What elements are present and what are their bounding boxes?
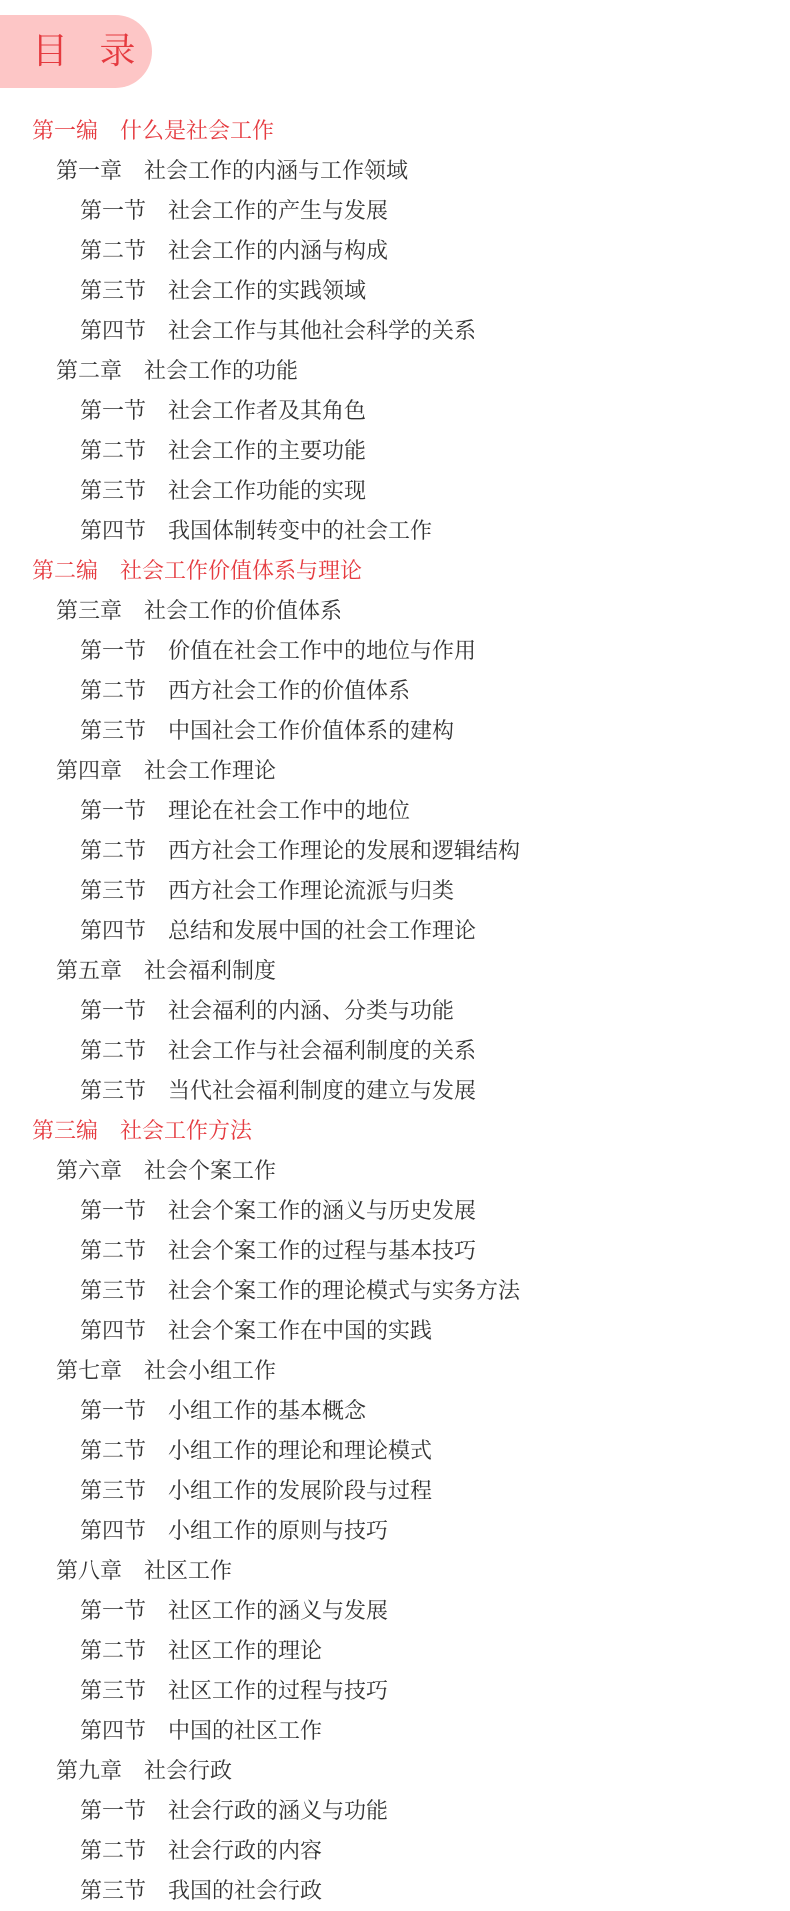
- toc-section-entry[interactable]: 第一节理论在社会工作中的地位: [0, 792, 790, 832]
- toc-entry-number: 第四节: [80, 312, 146, 352]
- toc-entry-title: 社会个案工作的理论模式与实务方法: [168, 1279, 520, 1304]
- page-title: 目 录: [32, 15, 145, 88]
- toc-entry-number: 第一节: [80, 192, 146, 232]
- toc-entry-number: 第七章: [56, 1352, 122, 1392]
- toc-entry-title: 社会工作的产生与发展: [168, 199, 388, 224]
- toc-entry-title: 社会工作的内涵与工作领域: [144, 159, 408, 184]
- toc-section-entry[interactable]: 第一节社会福利的内涵、分类与功能: [0, 992, 790, 1032]
- toc-entry-number: 第一节: [80, 632, 146, 672]
- toc-entry-number: 第二编: [32, 552, 98, 592]
- toc-section-entry[interactable]: 第三节社会个案工作的理论模式与实务方法: [0, 1272, 790, 1312]
- toc-entry-title: 小组工作的发展阶段与过程: [168, 1479, 432, 1504]
- toc-section-entry[interactable]: 第二节社区工作的理论: [0, 1632, 790, 1672]
- toc-section-entry[interactable]: 第一节社区工作的涵义与发展: [0, 1592, 790, 1632]
- toc-entry-title: 社会福利的内涵、分类与功能: [168, 999, 454, 1024]
- toc-entry-title: 社会工作方法: [120, 1119, 252, 1144]
- toc-entry-number: 第一节: [80, 1392, 146, 1432]
- toc-entry-number: 第二节: [80, 1232, 146, 1272]
- toc-entry-number: 第三编: [32, 1112, 98, 1152]
- toc-entry-number: 第一节: [80, 1792, 146, 1832]
- toc-section-entry[interactable]: 第三节当代社会福利制度的建立与发展: [0, 1072, 790, 1112]
- toc-entry-number: 第一节: [80, 992, 146, 1032]
- toc-entry-number: 第八章: [56, 1552, 122, 1592]
- toc-entry-title: 什么是社会工作: [120, 119, 274, 144]
- toc-entry-number: 第四章: [56, 752, 122, 792]
- toc-entry-number: 第二节: [80, 1432, 146, 1472]
- toc-section-entry[interactable]: 第四节小组工作的原则与技巧: [0, 1512, 790, 1552]
- toc-chapter-entry[interactable]: 第九章社会行政: [0, 1752, 790, 1792]
- toc-section-entry[interactable]: 第三节社区工作的过程与技巧: [0, 1672, 790, 1712]
- toc-entry-title: 当代社会福利制度的建立与发展: [168, 1079, 476, 1104]
- toc-section-entry[interactable]: 第四节社会工作与其他社会科学的关系: [0, 312, 790, 352]
- toc-entry-number: 第一节: [80, 1192, 146, 1232]
- toc-entry-number: 第二节: [80, 672, 146, 712]
- toc-entry-title: 社会行政: [144, 1759, 232, 1784]
- toc-entry-title: 社会工作与其他社会科学的关系: [168, 319, 476, 344]
- toc-chapter-entry[interactable]: 第七章社会小组工作: [0, 1352, 790, 1392]
- toc-section-entry[interactable]: 第四节我国体制转变中的社会工作: [0, 512, 790, 552]
- toc-entry-title: 社会工作价值体系与理论: [120, 559, 362, 584]
- toc-entry-number: 第三节: [80, 872, 146, 912]
- toc-entry-number: 第三节: [80, 472, 146, 512]
- toc-entry-title: 社会个案工作在中国的实践: [168, 1319, 432, 1344]
- toc-entry-title: 社会工作者及其角色: [168, 399, 366, 424]
- toc-section-entry[interactable]: 第一节小组工作的基本概念: [0, 1392, 790, 1432]
- toc-entry-title: 总结和发展中国的社会工作理论: [168, 919, 476, 944]
- toc-entry-title: 社会小组工作: [144, 1359, 276, 1384]
- toc-chapter-entry[interactable]: 第六章社会个案工作: [0, 1152, 790, 1192]
- toc-section-entry[interactable]: 第一节社会工作者及其角色: [0, 392, 790, 432]
- toc-section-entry[interactable]: 第三节我国的社会行政: [0, 1872, 790, 1911]
- toc-entry-title: 社区工作的涵义与发展: [168, 1599, 388, 1624]
- toc-entry-number: 第二节: [80, 1832, 146, 1872]
- toc-section-entry[interactable]: 第一节价值在社会工作中的地位与作用: [0, 632, 790, 672]
- toc-entry-number: 第一节: [80, 792, 146, 832]
- toc-entry-number: 第一编: [32, 112, 98, 152]
- toc-entry-number: 第四节: [80, 1512, 146, 1552]
- toc-entry-title: 社会工作的主要功能: [168, 439, 366, 464]
- toc-entry-title: 社会工作理论: [144, 759, 276, 784]
- toc-part-entry[interactable]: 第二编社会工作价值体系与理论: [0, 552, 790, 592]
- toc-entry-number: 第三节: [80, 1872, 146, 1911]
- toc-entry-title: 社会工作的价值体系: [144, 599, 342, 624]
- toc-chapter-entry[interactable]: 第一章社会工作的内涵与工作领域: [0, 152, 790, 192]
- toc-entry-number: 第四节: [80, 512, 146, 552]
- toc-section-entry[interactable]: 第四节总结和发展中国的社会工作理论: [0, 912, 790, 952]
- toc-entry-title: 我国体制转变中的社会工作: [168, 519, 432, 544]
- toc-entry-title: 中国的社区工作: [168, 1719, 322, 1744]
- toc-entry-number: 第四节: [80, 1712, 146, 1752]
- toc-section-entry[interactable]: 第二节社会工作与社会福利制度的关系: [0, 1032, 790, 1072]
- toc-entry-number: 第三节: [80, 1272, 146, 1312]
- toc-entry-number: 第四节: [80, 1312, 146, 1352]
- toc-entry-title: 社区工作的理论: [168, 1639, 322, 1664]
- toc-entry-number: 第二节: [80, 832, 146, 872]
- toc-entry-number: 第二节: [80, 1632, 146, 1672]
- toc-entry-title: 价值在社会工作中的地位与作用: [168, 639, 476, 664]
- toc-entry-number: 第三节: [80, 1472, 146, 1512]
- toc-part-entry[interactable]: 第一编什么是社会工作: [0, 112, 790, 152]
- toc-chapter-entry[interactable]: 第三章社会工作的价值体系: [0, 592, 790, 632]
- toc-entry-title: 社会工作功能的实现: [168, 479, 366, 504]
- toc-entry-number: 第二节: [80, 232, 146, 272]
- toc-section-entry[interactable]: 第三节西方社会工作理论流派与归类: [0, 872, 790, 912]
- toc-entry-title: 社会个案工作的过程与基本技巧: [168, 1239, 476, 1264]
- toc-entry-title: 我国的社会行政: [168, 1879, 322, 1904]
- toc-entry-title: 社会行政的涵义与功能: [168, 1799, 388, 1824]
- toc-entry-title: 理论在社会工作中的地位: [168, 799, 410, 824]
- toc-section-entry[interactable]: 第一节社会工作的产生与发展: [0, 192, 790, 232]
- toc-header-pill: 目 录: [0, 15, 152, 88]
- toc-entry-title: 小组工作的理论和理论模式: [168, 1439, 432, 1464]
- toc-section-entry[interactable]: 第一节社会行政的涵义与功能: [0, 1792, 790, 1832]
- toc-section-entry[interactable]: 第二节社会工作的内涵与构成: [0, 232, 790, 272]
- toc-entry-title: 社会工作的实践领域: [168, 279, 366, 304]
- toc-entry-number: 第九章: [56, 1752, 122, 1792]
- toc-entry-number: 第三节: [80, 272, 146, 312]
- toc-entry-title: 社会个案工作: [144, 1159, 276, 1184]
- toc-entry-number: 第五章: [56, 952, 122, 992]
- toc-section-entry[interactable]: 第四节中国的社区工作: [0, 1712, 790, 1752]
- toc-entry-title: 西方社会工作的价值体系: [168, 679, 410, 704]
- toc-section-entry[interactable]: 第一节社会个案工作的涵义与历史发展: [0, 1192, 790, 1232]
- toc-entry-title: 社会工作与社会福利制度的关系: [168, 1039, 476, 1064]
- toc-chapter-entry[interactable]: 第二章社会工作的功能: [0, 352, 790, 392]
- toc-entry-number: 第一节: [80, 1592, 146, 1632]
- toc-part-entry[interactable]: 第三编社会工作方法: [0, 1112, 790, 1152]
- toc-entry-number: 第三节: [80, 1072, 146, 1112]
- toc-entry-number: 第二节: [80, 432, 146, 472]
- toc-section-entry[interactable]: 第三节中国社会工作价值体系的建构: [0, 712, 790, 752]
- toc-entry-title: 西方社会工作理论流派与归类: [168, 879, 454, 904]
- toc-entry-title: 社区工作: [144, 1559, 232, 1584]
- toc-section-entry[interactable]: 第二节社会行政的内容: [0, 1832, 790, 1872]
- toc-entry-title: 社会工作的功能: [144, 359, 298, 384]
- toc-entry-title: 社会个案工作的涵义与历史发展: [168, 1199, 476, 1224]
- toc-section-entry[interactable]: 第二节社会个案工作的过程与基本技巧: [0, 1232, 790, 1272]
- table-of-contents: 第一编什么是社会工作第一章社会工作的内涵与工作领域第一节社会工作的产生与发展第二…: [0, 112, 790, 1911]
- toc-section-entry[interactable]: 第二节西方社会工作理论的发展和逻辑结构: [0, 832, 790, 872]
- toc-entry-number: 第三节: [80, 1672, 146, 1712]
- toc-entry-number: 第三节: [80, 712, 146, 752]
- toc-section-entry[interactable]: 第二节社会工作的主要功能: [0, 432, 790, 472]
- toc-entry-title: 社会工作的内涵与构成: [168, 239, 388, 264]
- toc-entry-title: 社区工作的过程与技巧: [168, 1679, 388, 1704]
- toc-section-entry[interactable]: 第三节小组工作的发展阶段与过程: [0, 1472, 790, 1512]
- toc-entry-title: 中国社会工作价值体系的建构: [168, 719, 454, 744]
- toc-entry-number: 第一节: [80, 392, 146, 432]
- toc-entry-title: 社会福利制度: [144, 959, 276, 984]
- toc-entry-number: 第一章: [56, 152, 122, 192]
- toc-section-entry[interactable]: 第二节西方社会工作的价值体系: [0, 672, 790, 712]
- toc-section-entry[interactable]: 第三节社会工作功能的实现: [0, 472, 790, 512]
- toc-section-entry[interactable]: 第四节社会个案工作在中国的实践: [0, 1312, 790, 1352]
- toc-entry-number: 第六章: [56, 1152, 122, 1192]
- toc-chapter-entry[interactable]: 第八章社区工作: [0, 1552, 790, 1592]
- toc-section-entry[interactable]: 第二节小组工作的理论和理论模式: [0, 1432, 790, 1472]
- toc-entry-number: 第四节: [80, 912, 146, 952]
- toc-entry-title: 小组工作的基本概念: [168, 1399, 366, 1424]
- toc-entry-title: 西方社会工作理论的发展和逻辑结构: [168, 839, 520, 864]
- toc-entry-number: 第三章: [56, 592, 122, 632]
- toc-entry-number: 第二章: [56, 352, 122, 392]
- toc-entry-title: 社会行政的内容: [168, 1839, 322, 1864]
- toc-entry-number: 第二节: [80, 1032, 146, 1072]
- toc-section-entry[interactable]: 第三节社会工作的实践领域: [0, 272, 790, 312]
- toc-chapter-entry[interactable]: 第五章社会福利制度: [0, 952, 790, 992]
- toc-chapter-entry[interactable]: 第四章社会工作理论: [0, 752, 790, 792]
- toc-entry-title: 小组工作的原则与技巧: [168, 1519, 388, 1544]
